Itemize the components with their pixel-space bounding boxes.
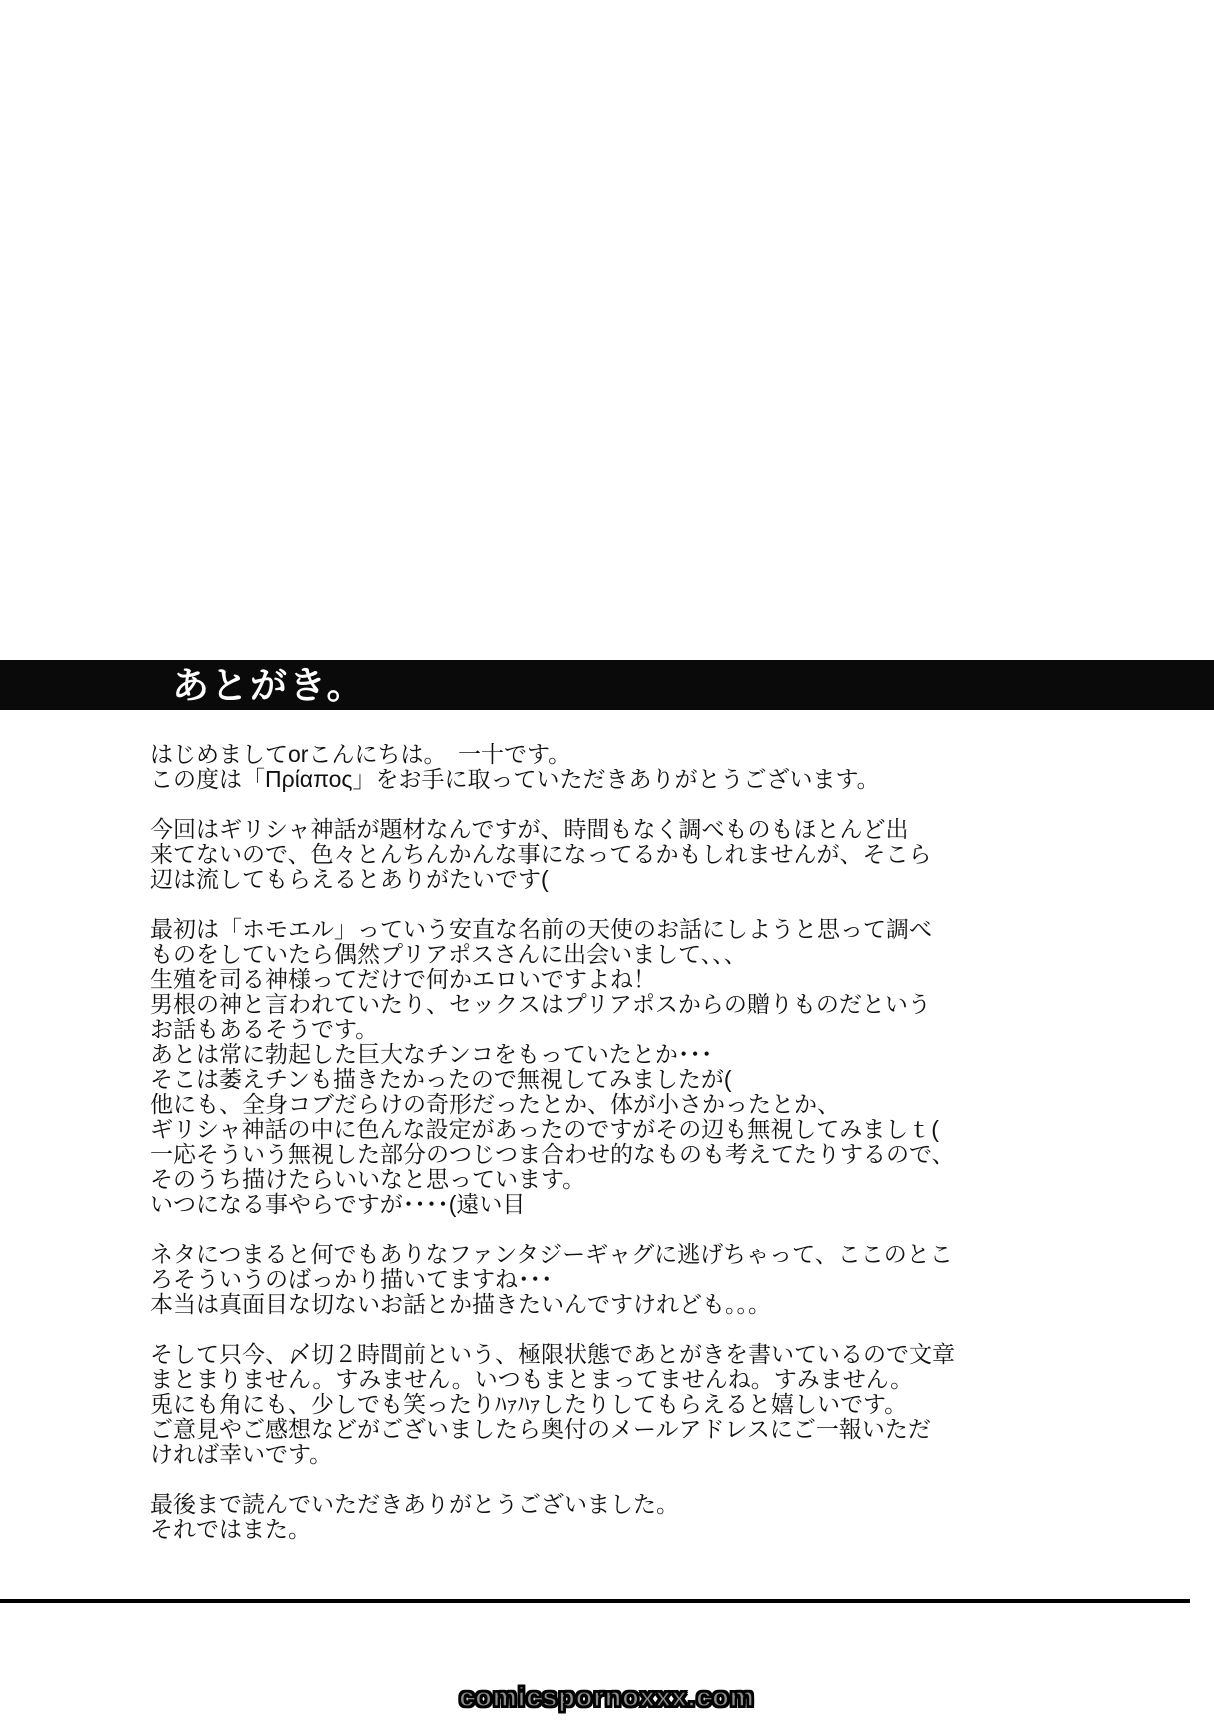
text-line: 辺は流してもらえるとありがたいです( (150, 867, 1030, 892)
text-line: 最後まで読んでいただきありがとうございました。 (150, 1492, 1030, 1517)
text-line: 最初は「ホモエル」っていう安直な名前の天使のお話にしようと思って調べ (150, 917, 1030, 942)
text-line: 一応そういう無視した部分のつじつま合わせ的なものも考えてたりするので、 (150, 1142, 1030, 1167)
text-line: 来てないので、色々とんちんかんな事になってるかもしれませんが、そこら (150, 842, 1030, 867)
paragraph: ネタにつまると何でもありなファンタジーギャグに逃げちゃって、ここのところそういう… (150, 1242, 1030, 1317)
text-line: あとは常に勃起した巨大なチンコをもっていたとか･･･ (150, 1042, 1030, 1067)
paragraph: 今回はギリシャ神話が題材なんですが、時間もなく調べものもほとんど出来てないので、… (150, 817, 1030, 892)
text-line: 生殖を司る神様ってだけで何かエロいですよね！ (150, 967, 1030, 992)
text-line: お話もあるそうです。 (150, 1017, 1030, 1042)
text-line: いつになる事やらですが････(遠い目 (150, 1192, 1030, 1217)
paragraph: はじめましてorこんにちは。 一十です。この度は「Πρίαπος」をお手に取って… (150, 742, 1030, 792)
text-line: そのうち描けたらいいなと思っています。 (150, 1167, 1030, 1192)
text-line: それではまた。 (150, 1517, 1030, 1542)
text-line: 他にも、全身コブだらけの奇形だったとか、体が小さかったとか、 (150, 1092, 1030, 1117)
text-line: まとまりません。すみません。いつもまとまってませんね。すみません。 (150, 1367, 1030, 1392)
text-line: ネタにつまると何でもありなファンタジーギャグに逃げちゃって、ここのとこ (150, 1242, 1030, 1267)
afterword-page: あとがき。 はじめましてorこんにちは。 一十です。この度は「Πρίαπος」を… (0, 0, 1214, 1722)
text-line: 今回はギリシャ神話が題材なんですが、時間もなく調べものもほとんど出 (150, 817, 1030, 842)
text-line: そして只今、〆切２時間前という、極限状態であとがきを書いているので文章 (150, 1342, 1030, 1367)
text-line: はじめましてorこんにちは。 一十です。 (150, 742, 1030, 767)
text-line: ろそういうのばっかり描いてますね･･･ (150, 1267, 1030, 1292)
bottom-divider (0, 1599, 1190, 1603)
paragraph: 最初は「ホモエル」っていう安直な名前の天使のお話にしようと思って調べものをしてい… (150, 917, 1030, 1217)
text-line: 本当は真面目な切ないお話とか描きたいんですけれども。。。 (150, 1292, 1030, 1317)
text-line: この度は「Πρίαπος」をお手に取っていただきありがとうございます。 (150, 767, 1030, 792)
section-header-bar: あとがき。 (0, 660, 1214, 710)
text-line: ギリシャ神話の中に色んな設定があったのですがその辺も無視してみましｔ( (150, 1117, 1030, 1142)
text-line: ものをしていたら偶然プリアポスさんに出会いまして、、、 (150, 942, 1030, 967)
text-line: そこは萎えチンも描きたかったので無視してみましたが( (150, 1067, 1030, 1092)
text-line: 男根の神と言われていたり、セックスはプリアポスからの贈りものだという (150, 992, 1030, 1017)
page-title: あとがき。 (172, 660, 366, 710)
paragraph: 最後まで読んでいただきありがとうございました。それではまた。 (150, 1492, 1030, 1542)
paragraph: そして只今、〆切２時間前という、極限状態であとがきを書いているので文章まとまりま… (150, 1342, 1030, 1467)
text-line: ご意見やご感想などがございましたら奥付のメールアドレスにご一報いただ (150, 1417, 1030, 1442)
afterword-body: はじめましてorこんにちは。 一十です。この度は「Πρίαπος」をお手に取って… (150, 742, 1030, 1542)
watermark-text: comicspornoxxx.com (0, 1682, 1214, 1713)
text-line: 兎にも角にも、少しでも笑ったりﾊｧﾊｧしたりしてもらえると嬉しいです。 (150, 1392, 1030, 1417)
text-line: ければ幸いです。 (150, 1442, 1030, 1467)
